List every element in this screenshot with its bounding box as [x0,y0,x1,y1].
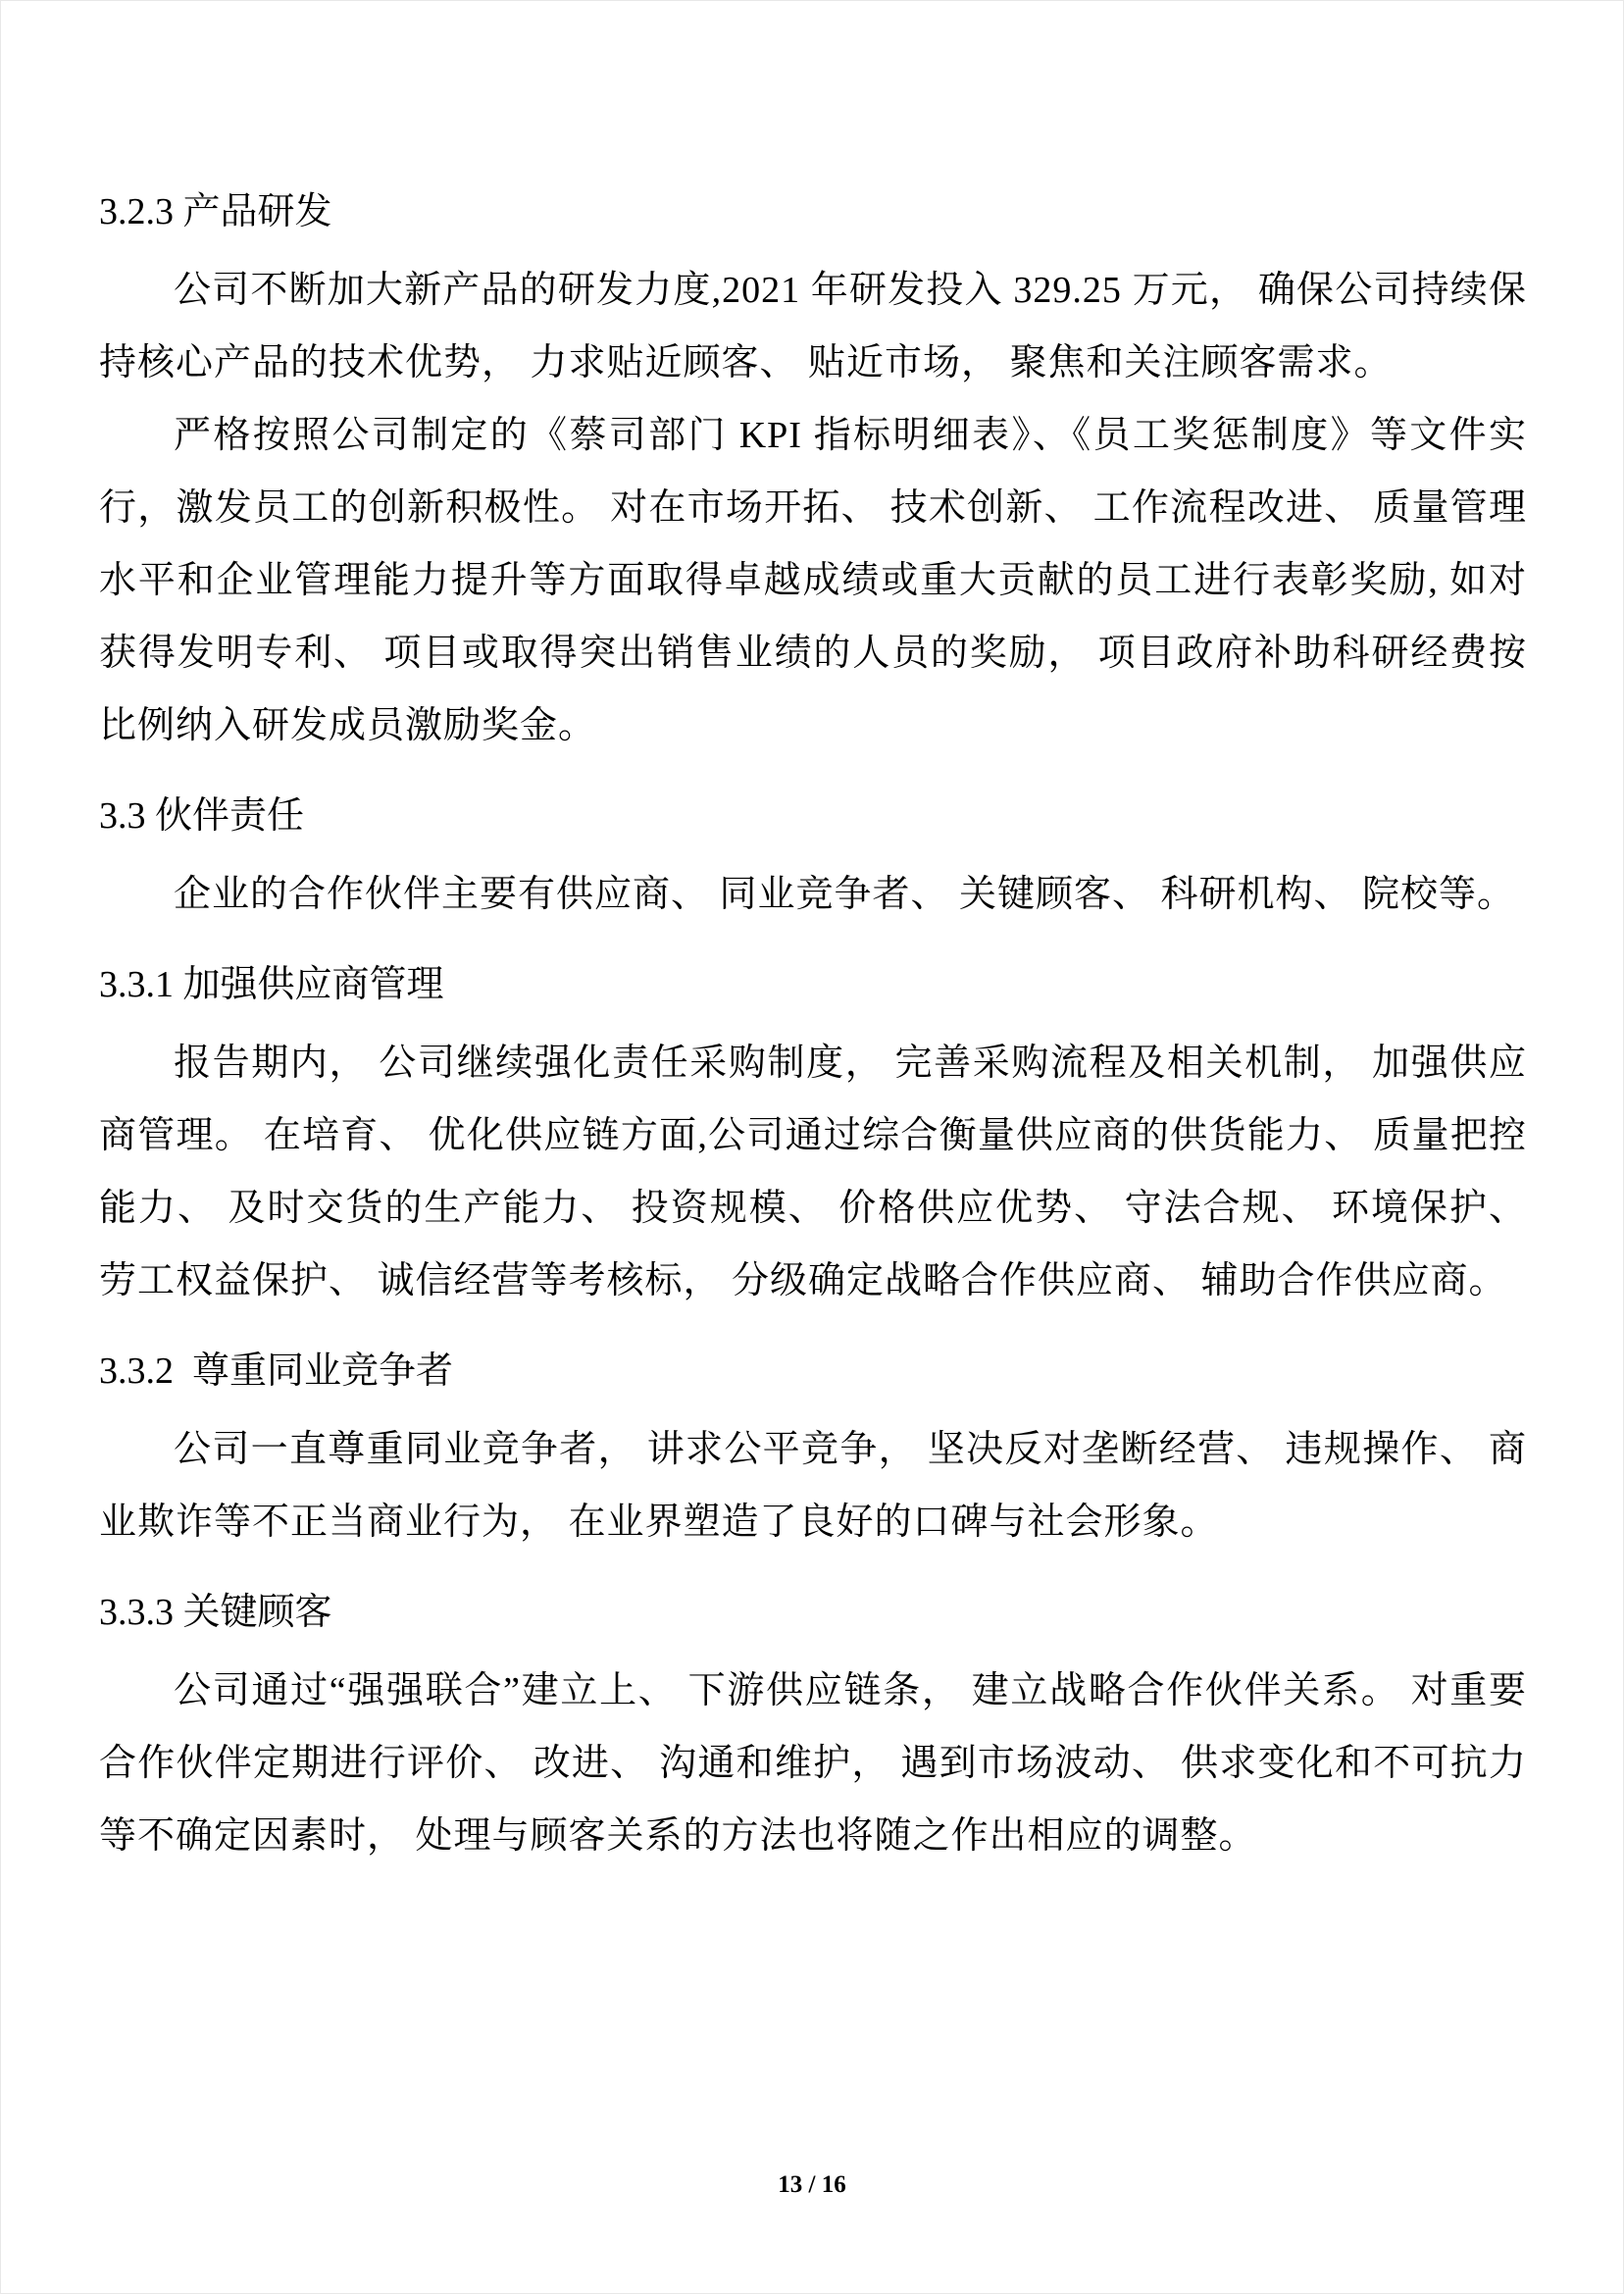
document-page: 3.2.3 产品研发 公司不断加大新产品的研发力度,2021 年研发投入 329… [0,0,1624,2294]
section-heading-3-2-3-product-rnd: 3.2.3 产品研发 [99,176,1527,248]
paragraph-fair-competition: 公司一直尊重同业竞争者， 讲求公平竞争， 坚决反对垄断经营、 违规操作、 商业欺… [99,1413,1527,1558]
paragraph-partner-types: 企业的合作伙伴主要有供应商、 同业竞争者、 关键顾客、 科研机构、 院校等。 [99,858,1527,931]
document-content: 3.2.3 产品研发 公司不断加大新产品的研发力度,2021 年研发投入 329… [99,176,1527,1872]
section-heading-3-3-2-respect-competitors: 3.3.2 尊重同业竞争者 [99,1335,1527,1407]
section-heading-3-3-1-supplier-management: 3.3.1 加强供应商管理 [99,948,1527,1021]
paragraph-key-customers: 公司通过“强强联合”建立上、 下游供应链条， 建立战略合作伙伴关系。 对重要合作… [99,1655,1527,1872]
paragraph-rnd-investment: 公司不断加大新产品的研发力度,2021 年研发投入 329.25 万元， 确保公… [99,254,1527,399]
page-footer: 13 / 16 [1,2171,1623,2199]
section-heading-3-3-partner-responsibility: 3.3 伙伴责任 [99,780,1527,852]
paragraph-supplier-management: 报告期内， 公司继续强化责任采购制度， 完善采购流程及相关机制， 加强供应商管理… [99,1027,1527,1317]
paragraph-kpi-incentive: 严格按照公司制定的《蔡司部门 KPI 指标明细表》、《员工奖惩制度》等文件实行，… [99,399,1527,762]
page-number-indicator: 13 / 16 [778,2171,845,2198]
section-heading-3-3-3-key-customers: 3.3.3 关键顾客 [99,1576,1527,1649]
